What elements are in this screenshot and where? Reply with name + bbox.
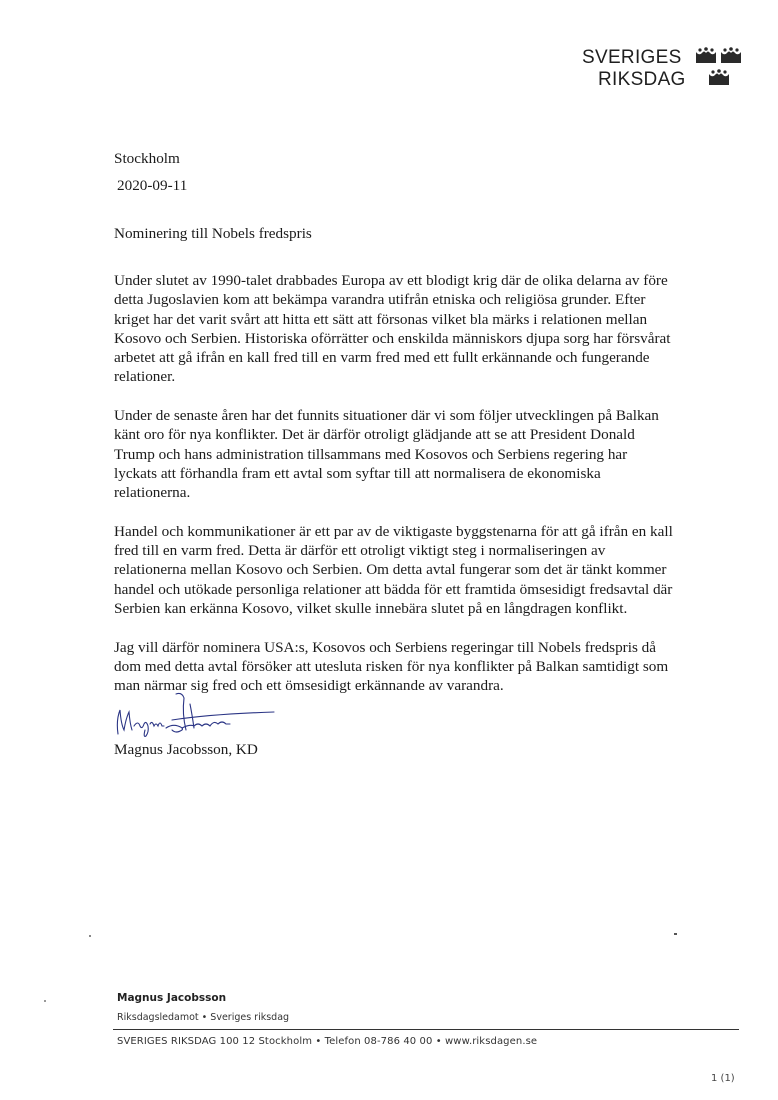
crown-icon [708,69,730,86]
crown-icon [695,47,717,64]
scan-speck [44,1000,46,1002]
footer-address: SVERIGES RIKSDAG 100 12 Stockholm • Tele… [117,1036,537,1047]
letter-body: Under slutet av 1990-talet drabbades Eur… [114,271,674,715]
letter-subject: Nominering till Nobels fredspris [114,225,312,243]
letter-date: 2020-09-11 [117,177,187,195]
scan-speck [89,935,91,937]
page-number: 1 (1) [711,1073,735,1084]
paragraph: Under slutet av 1990-talet drabbades Eur… [114,271,674,387]
paragraph: Handel och kommunikationer är ett par av… [114,522,674,618]
paragraph: Jag vill därför nominera USA:s, Kosovos … [114,638,674,696]
letter-place: Stockholm [114,150,180,168]
paragraph: Under de senaste åren har det funnits si… [114,406,674,502]
footer-divider [113,1029,739,1030]
handwritten-signature-icon [112,690,282,740]
crown-icon [720,47,742,64]
footer-name: Magnus Jacobsson [117,992,226,1004]
footer-role: Riksdagsledamot • Sveriges riksdag [117,1012,289,1023]
logo-text-riksdag: RIKSDAG [598,70,686,89]
logo-text-sveriges: SVERIGES [582,48,682,67]
riksdag-logo: SVERIGES RIKSDAG [582,44,742,94]
signer-name: Magnus Jacobsson, KD [114,741,258,759]
scan-speck [674,933,677,935]
